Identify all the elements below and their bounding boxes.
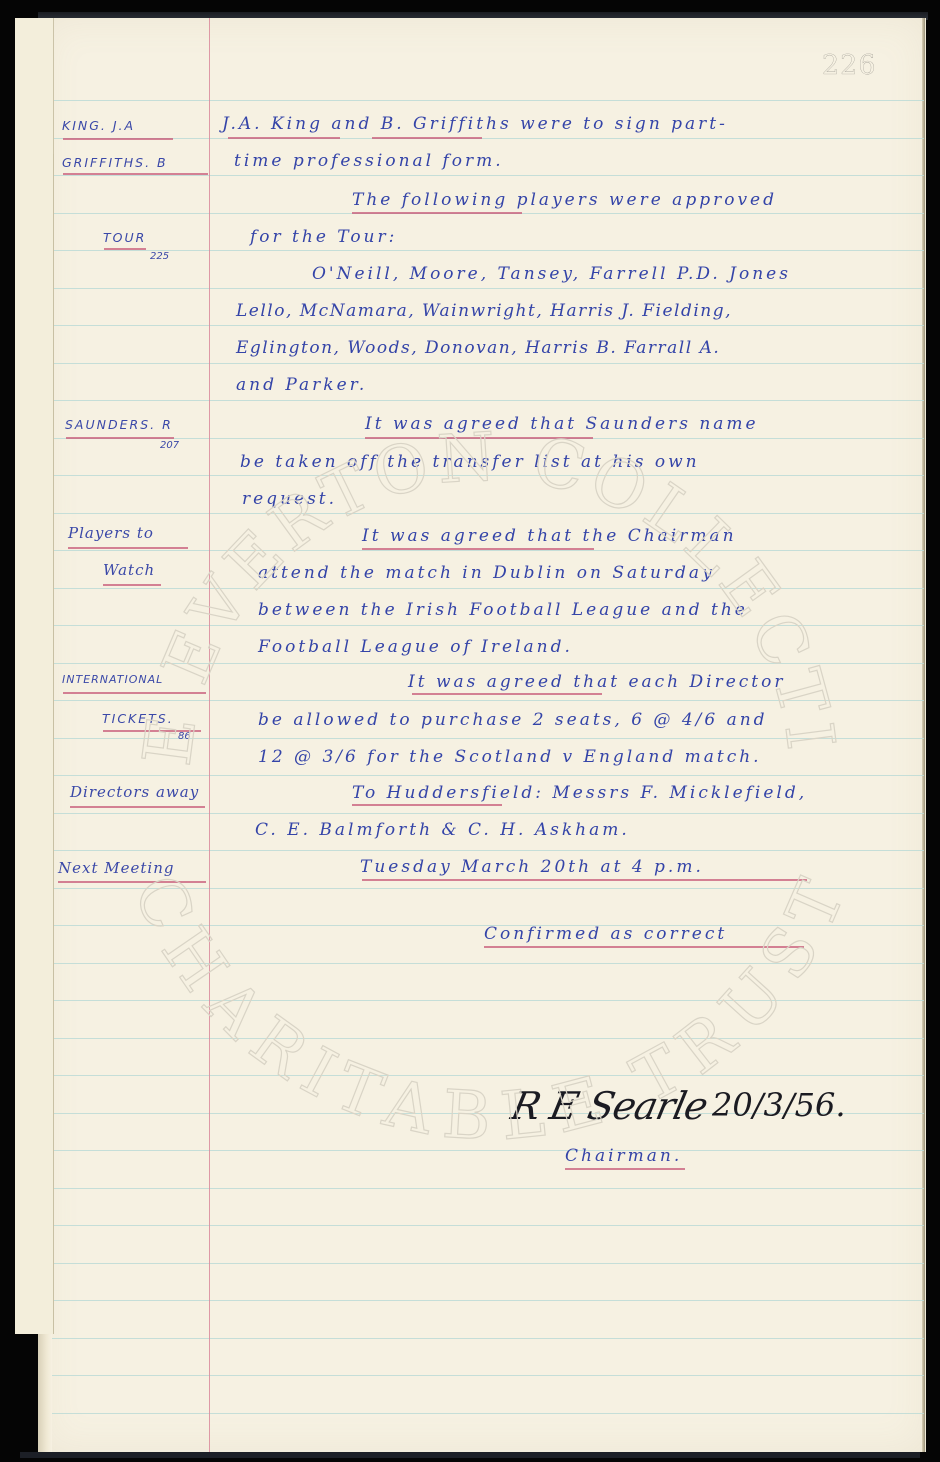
- entry-saunders-line-3: request.: [242, 489, 337, 509]
- margin-heading-saunders: SAUNDERS. R: [65, 417, 173, 432]
- underline: [484, 946, 804, 948]
- entry-tickets-line-3: 12 @ 3/6 for the Scotland v England matc…: [258, 747, 762, 767]
- margin-reference-tickets: 86: [178, 731, 191, 742]
- entry-tour-line-3: O'Neill, Moore, Tansey, Farrell P.D. Jon…: [312, 264, 791, 284]
- chairman-signature: R E Searle: [507, 1084, 711, 1128]
- ruled-line: [52, 1038, 924, 1039]
- ruled-line: [52, 175, 924, 176]
- ruled-line: [52, 400, 924, 401]
- underline: [68, 547, 188, 549]
- ruled-line: [52, 363, 924, 364]
- confirmation-text: Confirmed as correct: [484, 924, 727, 944]
- ruled-line: [52, 1300, 924, 1301]
- ruled-line: [52, 1150, 924, 1151]
- ruled-line: [52, 625, 924, 626]
- signatory-title: Chairman.: [565, 1146, 682, 1166]
- underline: [228, 137, 340, 139]
- ruled-line: [52, 1263, 924, 1264]
- margin-heading-players-to: Players to: [68, 524, 154, 542]
- underline: [352, 804, 502, 806]
- page-right-edge: [922, 18, 925, 1452]
- underline: [58, 881, 206, 883]
- underline: [362, 548, 594, 550]
- ruled-line: [52, 700, 924, 701]
- entry-king-griffiths-line-2: time professional form.: [234, 151, 504, 171]
- underline: [63, 138, 173, 140]
- entry-king-griffiths-line-1: J.A. King and B. Griffiths were to sign …: [222, 114, 728, 134]
- underline: [63, 173, 208, 175]
- underline: [362, 879, 807, 881]
- margin-heading-king: KING. J.A: [62, 118, 135, 133]
- underline: [103, 584, 161, 586]
- margin-heading-tour: TOUR: [103, 230, 146, 245]
- entry-tickets-line-2: be allowed to purchase 2 seats, 6 @ 4/6 …: [258, 710, 768, 730]
- ruled-line: [52, 888, 924, 889]
- page-number: 226: [822, 50, 877, 81]
- margin-heading-tickets: TICKETS.: [102, 711, 174, 726]
- margin-heading-international: INTERNATIONAL: [62, 673, 163, 686]
- entry-tickets-line-1: It was agreed that each Director: [408, 672, 786, 692]
- entry-players-watch-line-2: attend the match in Dublin on Saturday: [258, 563, 715, 583]
- margin-reference-tour: 225: [150, 251, 169, 262]
- page-stub-upper: [15, 18, 54, 155]
- entry-tour-line-1: The following players were approved: [352, 190, 777, 210]
- ruled-line: [52, 1375, 924, 1376]
- entry-saunders-line-1: It was agreed that Saunders name: [365, 414, 759, 434]
- entry-tour-line-2: for the Tour:: [250, 227, 397, 247]
- ruled-line: [52, 550, 924, 551]
- ruled-line: [52, 1188, 924, 1189]
- page-stub-lower: [15, 154, 54, 1334]
- ruled-line: [52, 963, 924, 964]
- ruled-line: [52, 513, 924, 514]
- underline: [565, 1168, 685, 1170]
- ruled-line: [52, 1413, 924, 1414]
- ruled-line: [52, 1225, 924, 1226]
- ruled-line: [52, 100, 924, 101]
- entry-tour-line-5: Eglington, Woods, Donovan, Harris B. Far…: [236, 338, 720, 358]
- book-binding-bottom: [20, 1452, 920, 1458]
- signature-date: 20/3/56.: [712, 1086, 846, 1124]
- ledger-page: [42, 18, 926, 1452]
- margin-heading-directors-away: Directors away: [70, 783, 199, 801]
- underline: [104, 248, 146, 250]
- ruled-line: [52, 813, 924, 814]
- ruled-line: [52, 1000, 924, 1001]
- entry-next-meeting-line-1: Tuesday March 20th at 4 p.m.: [360, 857, 704, 877]
- underline: [412, 693, 602, 695]
- entry-saunders-line-2: be taken off the transfer list at his ow…: [240, 452, 700, 472]
- ruled-line: [52, 850, 924, 851]
- underline: [372, 137, 482, 139]
- ruled-line: [52, 138, 924, 139]
- ruled-line: [52, 663, 924, 664]
- entry-players-watch-line-4: Football League of Ireland.: [258, 637, 573, 657]
- ruled-line: [52, 475, 924, 476]
- underline: [66, 437, 174, 439]
- margin-heading-next-meeting: Next Meeting: [58, 859, 174, 877]
- ruled-line: [52, 588, 924, 589]
- underline: [352, 212, 522, 214]
- ruled-line: [52, 775, 924, 776]
- margin-heading-griffiths: GRIFFITHS. B: [62, 155, 168, 170]
- margin-heading-watch: Watch: [103, 561, 155, 579]
- ruled-line: [52, 288, 924, 289]
- entry-tour-line-4: Lello, McNamara, Wainwright, Harris J. F…: [236, 301, 732, 321]
- underline: [70, 806, 205, 808]
- ruled-line: [52, 250, 924, 251]
- entry-players-watch-line-1: It was agreed that the Chairman: [362, 526, 737, 546]
- ruled-line: [52, 325, 924, 326]
- ruled-line: [52, 1075, 924, 1076]
- entry-players-watch-line-3: between the Irish Football League and th…: [258, 600, 748, 620]
- margin-rule: [209, 18, 210, 1452]
- underline: [365, 437, 593, 439]
- ruled-line: [52, 1338, 924, 1339]
- entry-directors-line-1: To Huddersfield: Messrs F. Micklefield,: [352, 783, 807, 803]
- entry-tour-line-6: and Parker.: [236, 375, 367, 395]
- margin-reference-saunders: 207: [160, 440, 179, 451]
- entry-directors-line-2: C. E. Balmforth & C. H. Askham.: [255, 820, 630, 840]
- underline: [63, 692, 206, 694]
